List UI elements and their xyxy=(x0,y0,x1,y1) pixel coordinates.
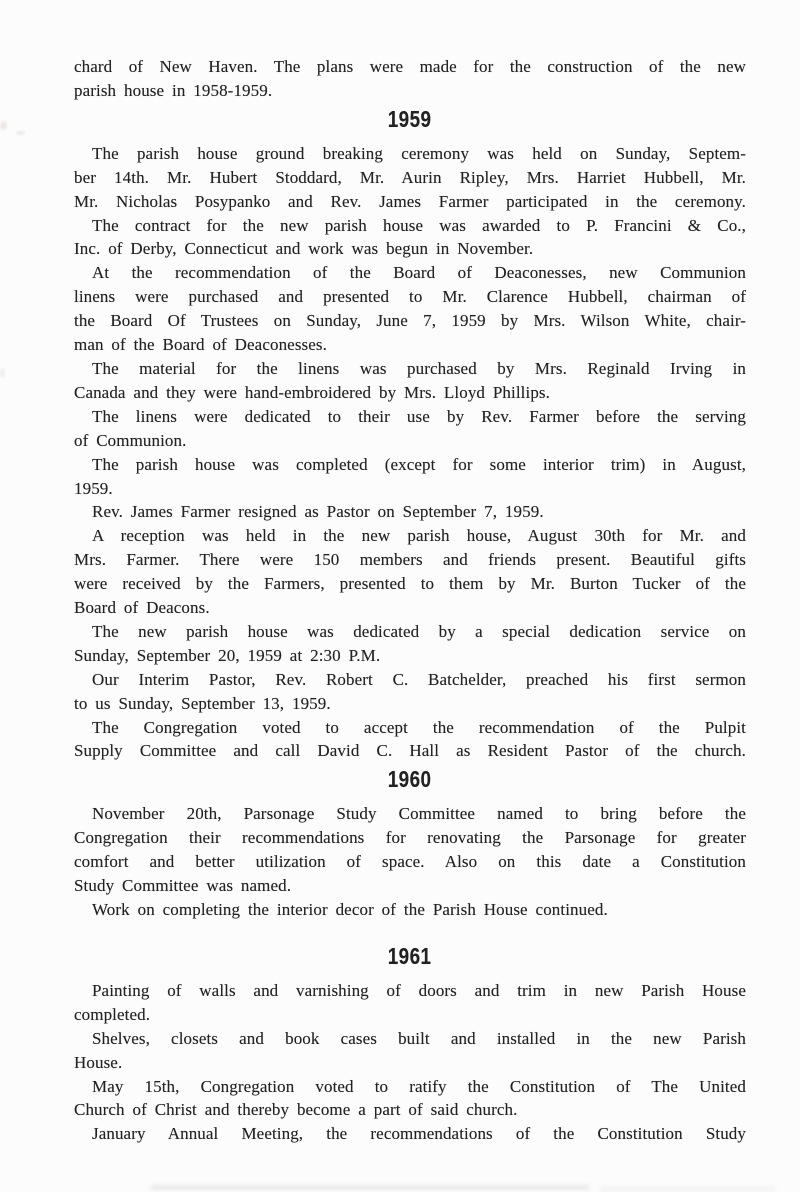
text-line: Study Committee was named. xyxy=(74,874,746,898)
text-line: chard of New Haven. The plans were made … xyxy=(74,55,746,79)
text-line: The linens were dedicated to their use b… xyxy=(74,405,746,429)
paragraph: May 15th, Congregation voted to ratify t… xyxy=(74,1075,746,1123)
text-line: Congregation their recommendations for r… xyxy=(74,826,746,850)
text-line: Shelves, closets and book cases built an… xyxy=(74,1027,746,1051)
text-line: Church of Christ and thereby become a pa… xyxy=(74,1098,746,1122)
text-line: Canada and they were hand-embroidered by… xyxy=(74,381,746,405)
scan-speck xyxy=(0,121,7,130)
text-line: Our Interim Pastor, Rev. Robert C. Batch… xyxy=(74,668,746,692)
text-line: the Board Of Trustees on Sunday, June 7,… xyxy=(74,309,746,333)
text-line: ber 14th. Mr. Hubert Stoddard, Mr. Aurin… xyxy=(74,166,746,190)
text-line: were received by the Farmers, presented … xyxy=(74,572,746,596)
paragraph: The parish house ground breaking ceremon… xyxy=(74,142,746,214)
text-line: The parish house was completed (except f… xyxy=(74,453,746,477)
text-line: 1959. xyxy=(74,477,746,501)
text-line: House. xyxy=(74,1051,746,1075)
text-line: Mr. Nicholas Posypanko and Rev. James Fa… xyxy=(74,190,746,214)
text-line: Board of Deacons. xyxy=(74,596,746,620)
paragraph: The material for the linens was purchase… xyxy=(74,357,746,405)
text-line: The contract for the new parish house wa… xyxy=(74,214,746,238)
text-line: Sunday, September 20, 1959 at 2:30 P.M. xyxy=(74,644,746,668)
paragraph: January Annual Meeting, the recommendati… xyxy=(74,1122,746,1146)
text-line: January Annual Meeting, the recommendati… xyxy=(74,1122,746,1146)
text-line: At the recommendation of the Board of De… xyxy=(74,261,746,285)
paragraph: Rev. James Farmer resigned as Pastor on … xyxy=(74,500,746,524)
year-heading-1960: 1960 xyxy=(74,766,746,796)
paragraph: The linens were dedicated to their use b… xyxy=(74,405,746,453)
text-line: completed. xyxy=(74,1003,746,1027)
text-line: The parish house ground breaking ceremon… xyxy=(74,142,746,166)
scan-speck xyxy=(0,368,5,378)
paragraph: The contract for the new parish house wa… xyxy=(74,214,746,262)
paragraph: The parish house was completed (except f… xyxy=(74,453,746,501)
page-text-column: chard of New Haven. The plans were made … xyxy=(74,0,746,1146)
text-line: Rev. James Farmer resigned as Pastor on … xyxy=(74,500,746,524)
document-page: chard of New Haven. The plans were made … xyxy=(0,0,800,1192)
text-line: Mrs. Farmer. There were 150 members and … xyxy=(74,548,746,572)
text-line: man of the Board of Deaconesses. xyxy=(74,333,746,357)
paragraph: At the recommendation of the Board of De… xyxy=(74,261,746,357)
text-line: The new parish house was dedicated by a … xyxy=(74,620,746,644)
year-heading-1959: 1959 xyxy=(74,106,746,136)
paragraph: Our Interim Pastor, Rev. Robert C. Batch… xyxy=(74,668,746,716)
text-line: Inc. of Derby, Connecticut and work was … xyxy=(74,237,746,261)
text-line: The material for the linens was purchase… xyxy=(74,357,746,381)
paragraph: A reception was held in the new parish h… xyxy=(74,524,746,620)
paragraph: Shelves, closets and book cases built an… xyxy=(74,1027,746,1075)
text-line: to us Sunday, September 13, 1959. xyxy=(74,692,746,716)
text-line: A reception was held in the new parish h… xyxy=(74,524,746,548)
paragraph: November 20th, Parsonage Study Committee… xyxy=(74,802,746,898)
text-line: parish house in 1958-1959. xyxy=(74,79,746,103)
text-line: May 15th, Congregation voted to ratify t… xyxy=(74,1075,746,1099)
text-line: November 20th, Parsonage Study Committee… xyxy=(74,802,746,826)
text-line: The Congregation voted to accept the rec… xyxy=(74,716,746,740)
text-line: of Communion. xyxy=(74,429,746,453)
text-line: comfort and better utilization of space.… xyxy=(74,850,746,874)
year-heading-text: 1959 xyxy=(388,106,432,132)
text-line: Supply Committee and call David C. Hall … xyxy=(74,739,746,763)
year-heading-text: 1960 xyxy=(388,766,432,792)
paragraph: Work on completing the interior decor of… xyxy=(74,898,746,922)
scan-smudge xyxy=(600,1187,775,1191)
paragraph: chard of New Haven. The plans were made … xyxy=(74,55,746,103)
paragraph: The Congregation voted to accept the rec… xyxy=(74,716,746,764)
text-line: linens were purchased and presented to M… xyxy=(74,285,746,309)
year-heading-text: 1961 xyxy=(388,943,432,969)
year-heading-1961: 1961 xyxy=(74,943,746,973)
scan-speck xyxy=(16,131,25,135)
paragraph: Painting of walls and varnishing of door… xyxy=(74,979,746,1027)
text-line: Work on completing the interior decor of… xyxy=(74,898,746,922)
paragraph: The new parish house was dedicated by a … xyxy=(74,620,746,668)
text-line: Painting of walls and varnishing of door… xyxy=(74,979,746,1003)
scan-smudge xyxy=(150,1185,590,1190)
